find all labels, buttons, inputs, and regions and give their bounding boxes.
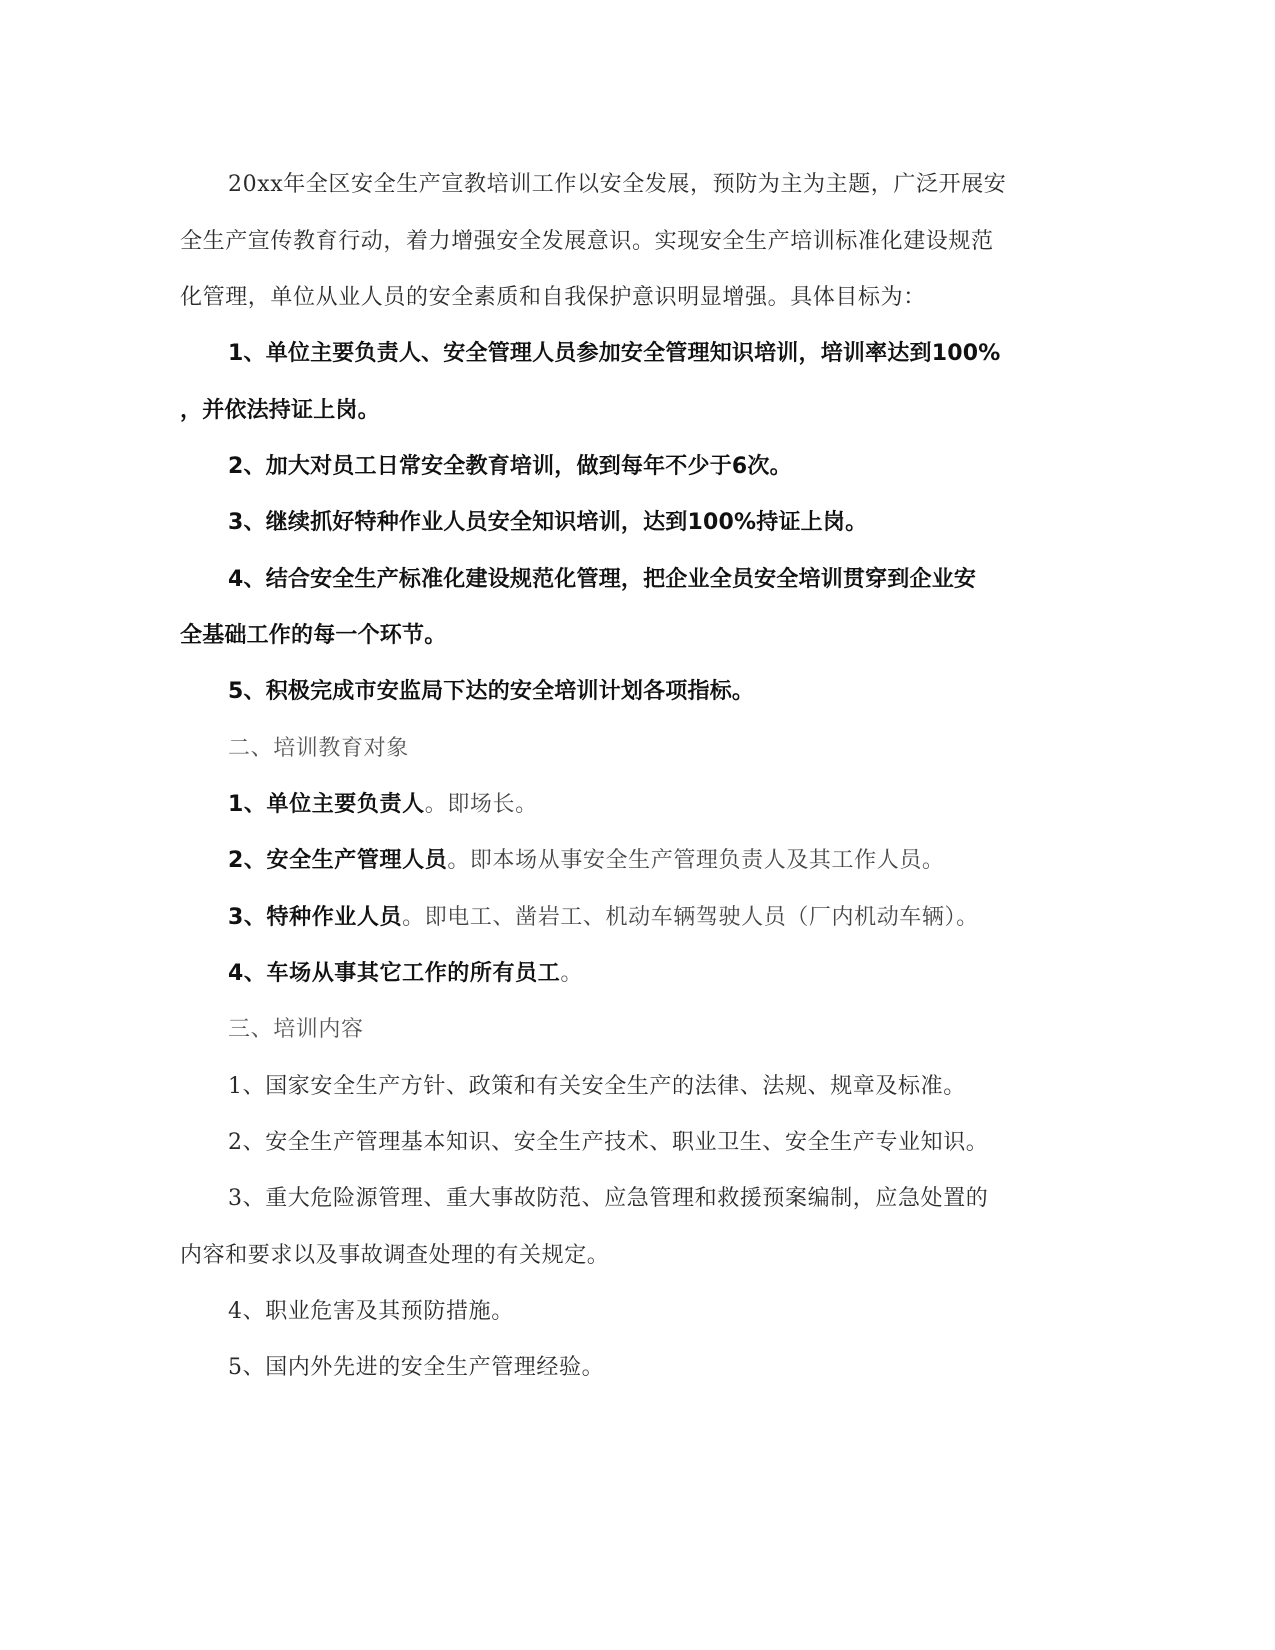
content-item-1: 1、国家安全生产方针、政策和有关安全生产的法律、法规、规章及标准。 bbox=[228, 1072, 966, 1102]
target-item-4: 4、车场从事其它工作的所有员工。 bbox=[228, 959, 583, 989]
intro-line-3: 化管理，单位从业人员的安全素质和自我保护意识明显增强。具体目标为： bbox=[180, 283, 926, 313]
content-item-3-line-1: 3、重大危险源管理、重大事故防范、应急管理和救援预案编制，应急处置的 bbox=[228, 1184, 988, 1214]
target-item-3: 3、特种作业人员。即电工、凿岩工、机动车辆驾驶人员（厂内机动车辆）。 bbox=[228, 903, 979, 933]
goal-4-line-2: 全基础工作的每一个环节。 bbox=[180, 621, 446, 651]
goal-1-line-1: 1、单位主要负责人、安全管理人员参加安全管理知识培训，培训率达到100% bbox=[228, 339, 1000, 369]
content-item-3-line-2: 内容和要求以及事故调查处理的有关规定。 bbox=[180, 1241, 609, 1271]
target-item-1-bold: 1、单位主要负责人 bbox=[228, 792, 425, 817]
target-item-3-bold: 3、特种作业人员 bbox=[228, 905, 402, 930]
content-item-5: 5、国内外先进的安全生产管理经验。 bbox=[228, 1353, 604, 1383]
section-3-heading: 三、培训内容 bbox=[228, 1015, 364, 1045]
intro-line-2: 全生产宣传教育行动，着力增强安全发展意识。实现安全生产培训标准化建设规范 bbox=[180, 227, 994, 257]
target-item-2: 2、安全生产管理人员。即本场从事安全生产管理负责人及其工作人员。 bbox=[228, 846, 945, 876]
target-item-4-bold: 4、车场从事其它工作的所有员工 bbox=[228, 961, 560, 986]
document-page: 20xx年全区安全生产宣教培训工作以安全发展，预防为主为主题，广泛开展安 全生产… bbox=[0, 0, 1275, 1650]
target-item-4-rest: 。 bbox=[560, 961, 583, 986]
target-item-1: 1、单位主要负责人。即场长。 bbox=[228, 790, 538, 820]
goal-4-line-1: 4、结合安全生产标准化建设规范化管理，把企业全员安全培训贯穿到企业安 bbox=[228, 565, 976, 595]
target-item-2-bold: 2、安全生产管理人员 bbox=[228, 848, 447, 873]
section-2-heading: 二、培训教育对象 bbox=[228, 734, 409, 764]
content-item-2: 2、安全生产管理基本知识、安全生产技术、职业卫生、安全生产专业知识。 bbox=[228, 1128, 988, 1158]
content-item-4: 4、职业危害及其预防措施。 bbox=[228, 1297, 514, 1327]
target-item-2-rest: 。即本场从事安全生产管理负责人及其工作人员。 bbox=[447, 848, 944, 873]
goal-3: 3、继续抓好特种作业人员安全知识培训，达到100%持证上岗。 bbox=[228, 508, 867, 538]
target-item-1-rest: 。即场长。 bbox=[425, 792, 538, 817]
goal-5: 5、积极完成市安监局下达的安全培训计划各项指标。 bbox=[228, 677, 754, 707]
goal-1-line-2: ，并依法持证上岗。 bbox=[180, 396, 380, 426]
intro-line-1: 20xx年全区安全生产宣教培训工作以安全发展，预防为主为主题，广泛开展安 bbox=[228, 170, 1006, 200]
goal-2: 2、加大对员工日常安全教育培训，做到每年不少于6次。 bbox=[228, 452, 792, 482]
target-item-3-rest: 。即电工、凿岩工、机动车辆驾驶人员（厂内机动车辆）。 bbox=[402, 905, 979, 930]
